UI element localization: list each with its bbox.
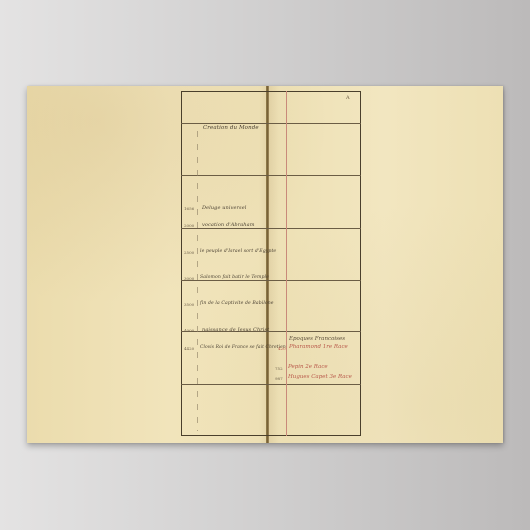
entry-text: vocation d'Abraham <box>202 222 255 228</box>
right-year: 987 <box>275 376 283 381</box>
right-entry: Pharamond 1re Race <box>289 344 348 350</box>
entry-text: Clovis Roi de France se fait Chretien <box>200 345 286 350</box>
entry-year: 3500 <box>184 302 194 307</box>
header-entry: Creation du Monde <box>203 125 259 131</box>
entry-text: naissance de Jesus Christ <box>202 327 269 333</box>
entry-year: 2000 <box>184 223 194 228</box>
entry-text: Deluge universel <box>202 205 246 211</box>
entry-year: 3000 <box>184 276 194 281</box>
red-margin-line <box>286 91 287 436</box>
page-mark: A <box>346 95 350 101</box>
header-divider <box>181 123 361 124</box>
right-year: 420 <box>278 346 286 351</box>
entry-year: 4000 <box>184 328 194 333</box>
entry-text: Salomon fait batir le Temple <box>200 275 269 280</box>
poster: A Creation du Monde 1656 Deluge universe… <box>27 86 503 443</box>
entry-text: fin de la Captivite de Babilone <box>200 301 274 306</box>
divider <box>181 175 361 176</box>
divider <box>181 280 361 281</box>
entry-year: 1656 <box>184 206 194 211</box>
entry-year: 4420 <box>184 346 194 351</box>
entry-text: le peuple d'Israel sort d'Egypte <box>200 249 276 254</box>
divider <box>181 384 361 385</box>
right-page-heading: Epoques Francoises <box>289 336 345 342</box>
divider <box>181 228 361 229</box>
entry-year: 2500 <box>184 250 194 255</box>
right-entry: Hugues Capet 3e Race <box>288 374 352 380</box>
right-year: 752 <box>275 366 283 371</box>
right-entry: Pepin 2e Race <box>288 364 328 370</box>
tick-scale <box>197 131 198 431</box>
